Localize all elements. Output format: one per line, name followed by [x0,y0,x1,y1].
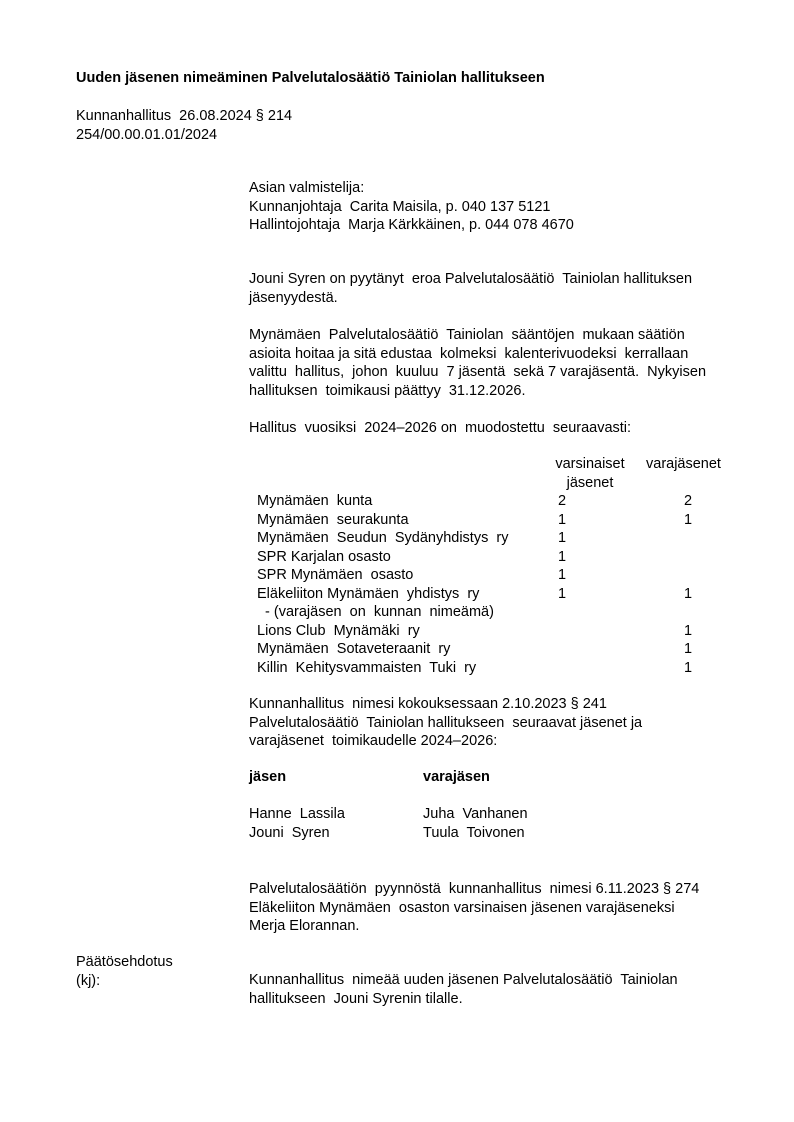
organization-name: Lions Club Mynämäki ry [257,622,420,641]
paragraph-board-intro: Hallitus vuosiksi 2024–2026 on muodostet… [249,419,631,438]
proposal-label: Päätösehdotus (kj): [76,953,173,990]
table-row: Mynämäen Seudun Sydänyhdistys ry1 [257,529,737,548]
deputies-count: 1 [683,659,693,678]
organization-name: Mynämäen seurakunta [257,511,409,530]
members-count: 1 [557,548,567,567]
text-line: hallituksen toimikausi päättyy 31.12.202… [249,382,706,401]
preparer-block: Asian valmistelija: Kunnanjohtaja Carita… [249,179,574,235]
paragraph-appointment: Kunnanhallitus nimesi kokouksessaan 2.10… [249,695,642,751]
text-line: jäsenyydestä. [249,289,692,308]
organization-name: SPR Karjalan osasto [257,548,391,567]
text-line: Mynämäen Palvelutalosäätiö Tainiolan sää… [249,326,706,345]
organization-name: SPR Mynämäen osasto [257,566,413,585]
header-deputies: varajäsenet [646,455,721,474]
text-line: Palvelutalosäätiö Tainiolan hallitukseen… [249,714,642,733]
header-member: jäsen [249,768,286,787]
paragraph-rules: Mynämäen Palvelutalosäätiö Tainiolan sää… [249,326,706,400]
text-line: hallitukseen Jouni Syrenin tilalle. [249,990,678,1009]
table-row: Lions Club Mynämäki ry1 [257,622,737,641]
preparer-line: Kunnanjohtaja Carita Maisila, p. 040 137… [249,198,574,217]
deputy-name: Tuula Toivonen [423,824,525,843]
organization-name: Mynämäen kunta [257,492,372,511]
members-count: 1 [557,511,567,530]
case-number: 254/00.00.01.01/2024 [76,126,292,145]
members-count: 1 [557,585,567,604]
members-count: 1 [557,566,567,585]
text-line: asioita hoitaa ja sitä edustaa kolmeksi … [249,345,706,364]
table-row: Mynämäen kunta22 [257,492,737,511]
deputies-count: 1 [683,640,693,659]
meeting-reference: Kunnanhallitus 26.08.2024 § 214 254/00.0… [76,107,292,144]
text-line: Eläkeliiton Mynämäen osaston varsinaisen… [249,899,699,918]
members-header: jäsen varajäsen [249,768,649,787]
members-count: 2 [557,492,567,511]
proposal-label-line1: Päätösehdotus [76,953,173,972]
deputies-count: 1 [683,511,693,530]
organization-name: Mynämäen Seudun Sydänyhdistys ry [257,529,508,548]
table-row: SPR Karjalan osasto1 [257,548,737,567]
meeting-date-section: Kunnanhallitus 26.08.2024 § 214 [76,107,292,126]
header-deputy: varajäsen [423,768,490,787]
header-members-line1: varsinaiset [550,455,630,474]
text-line: Hallitus vuosiksi 2024–2026 on muodostet… [249,419,631,438]
organization-name: Eläkeliiton Mynämäen yhdistys ry [257,585,479,604]
member-name: Jouni Syren [249,824,330,843]
table-row: Jouni Syren Tuula Toivonen [249,824,649,843]
preparer-line: Hallintojohtaja Marja Kärkkäinen, p. 044… [249,216,574,235]
text-line: varajäsenet toimikaudelle 2024–2026: [249,732,642,751]
deputies-count: 2 [683,492,693,511]
table-row: Mynämäen seurakunta11 [257,511,737,530]
table-row: Eläkeliiton Mynämäen yhdistys ry11 [257,585,737,604]
text-line: Kunnanhallitus nimeää uuden jäsenen Palv… [249,971,678,990]
members-count: 1 [557,529,567,548]
document-title: Uuden jäsenen nimeäminen Palvelutalosäät… [76,69,545,88]
header-members-line2: jäsenet [550,474,630,493]
table-header: varsinaiset jäsenet varajäsenet [257,455,737,492]
table-row: Killin Kehitysvammaisten Tuki ry1 [257,659,737,678]
proposal-text: Kunnanhallitus nimeää uuden jäsenen Palv… [249,971,678,1008]
board-composition-table: varsinaiset jäsenet varajäsenet Mynämäen… [257,455,737,677]
organization-name: Killin Kehitysvammaisten Tuki ry [257,659,476,678]
table-row: Mynämäen Sotaveteraanit ry1 [257,640,737,659]
table-row: Hanne Lassila Juha Vanhanen [249,805,649,824]
proposal-label-line2: (kj): [76,972,173,991]
text-line: Palvelutalosäätiön pyynnöstä kunnanhalli… [249,880,699,899]
deputies-count: 1 [683,585,693,604]
text-line: Merja Elorannan. [249,917,699,936]
deputy-name: Juha Vanhanen [423,805,528,824]
paragraph-resignation: Jouni Syren on pyytänyt eroa Palvelutalo… [249,270,692,307]
text-line: Kunnanhallitus nimesi kokouksessaan 2.10… [249,695,642,714]
header-members: varsinaiset jäsenet [550,455,630,492]
text-line: Jouni Syren on pyytänyt eroa Palvelutalo… [249,270,692,289]
table-note: - (varajäsen on kunnan nimeämä) [257,603,737,622]
deputies-count: 1 [683,622,693,641]
table-row: SPR Mynämäen osasto1 [257,566,737,585]
member-name: Hanne Lassila [249,805,345,824]
text-line: valittu hallitus, johon kuuluu 7 jäsentä… [249,363,706,382]
members-table: jäsen varajäsen Hanne Lassila Juha Vanha… [249,768,649,842]
paragraph-deputy-appointment: Palvelutalosäätiön pyynnöstä kunnanhalli… [249,880,699,936]
preparer-label: Asian valmistelija: [249,179,574,198]
organization-name: Mynämäen Sotaveteraanit ry [257,640,450,659]
